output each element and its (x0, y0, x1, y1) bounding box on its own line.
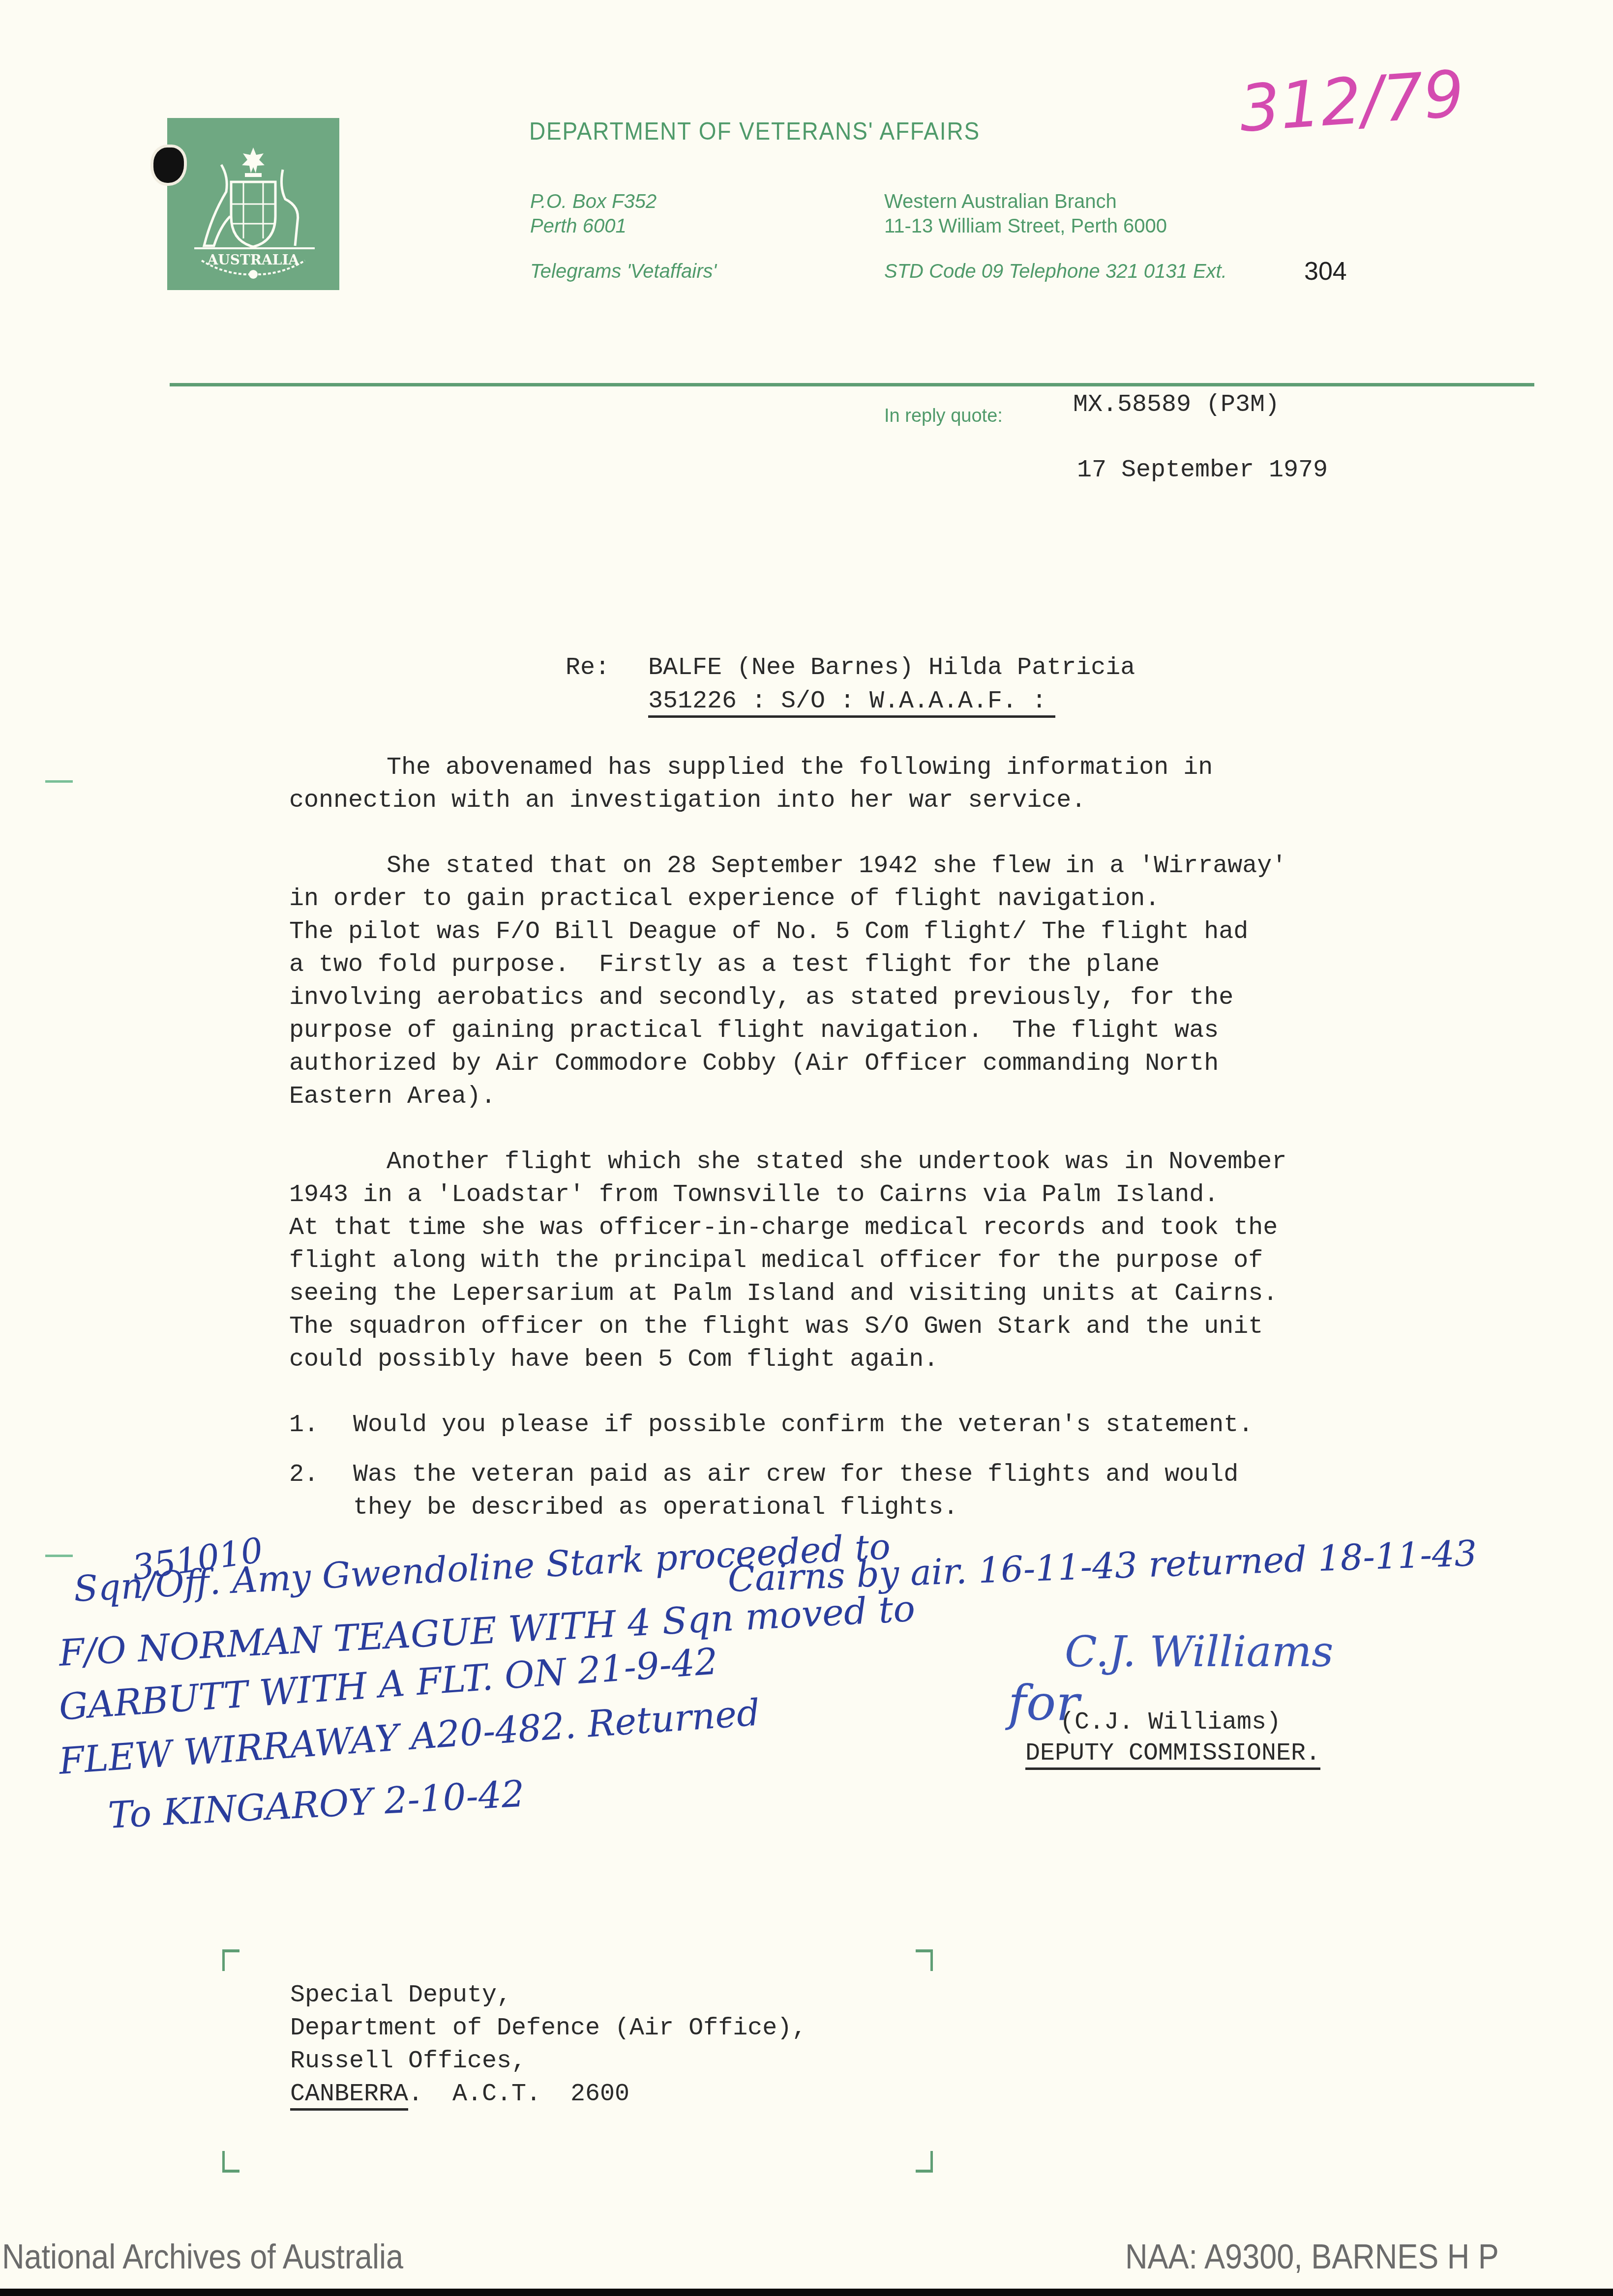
subject-service: 351226 : S/O : W.A.A.A.F. : (648, 687, 1055, 718)
department-name: DEPARTMENT OF VETERANS' AFFAIRS (529, 117, 980, 146)
reply-reference: MX.58589 (P3M) (1073, 391, 1280, 419)
svg-text:AUSTRALIA: AUSTRALIA (207, 252, 300, 268)
address-line: Russell Offices, (290, 2045, 806, 2078)
file-number-annotation: 312/79 (1237, 56, 1466, 147)
address-city: CANBERRA (290, 2080, 408, 2111)
letterhead-divider (170, 383, 1534, 386)
window-corner-mark (222, 2151, 239, 2173)
paragraph: Another flight which she stated she unde… (289, 1146, 1401, 1376)
addressee-block: Special Deputy, Department of Defence (A… (290, 1979, 806, 2111)
scan-edge (0, 2289, 1613, 2296)
question-item: 2. Was the veteran paid as air crew for … (289, 1458, 1401, 1524)
telephone: STD Code 09 Telephone 321 0131 Ext. (884, 261, 1227, 283)
signatory-title: DEPUTY COMMISSIONER. (1025, 1739, 1320, 1770)
branch-name: Western Australian Branch (884, 191, 1117, 213)
window-corner-mark (222, 1949, 239, 1971)
signature: C.J. Williams (1065, 1627, 1333, 1677)
reply-quote-label: In reply quote: (884, 406, 1003, 427)
po-city: Perth 6001 (530, 215, 627, 237)
phone-extension: 304 (1304, 257, 1347, 286)
archive-source: National Archives of Australia (2, 2237, 403, 2276)
address-line: CANBERRA. A.C.T. 2600 (290, 2078, 806, 2111)
coat-of-arms-icon: AUSTRALIA (167, 118, 339, 290)
subject-name: BALFE (Nee Barnes) Hilda Patricia (648, 654, 1135, 682)
paragraph: She stated that on 28 September 1942 she… (289, 850, 1401, 1113)
australian-coat-of-arms-icon: AUSTRALIA (167, 118, 339, 290)
punch-hole (153, 147, 184, 183)
signatory-name: (C.J. Williams) (1060, 1708, 1281, 1737)
letter-date: 17 September 1979 (1077, 456, 1328, 484)
window-corner-mark (916, 1949, 933, 1971)
po-box: P.O. Box F352 (530, 191, 657, 213)
telegram-address: Telegrams 'Vetaffairs' (530, 261, 717, 283)
window-corner-mark (916, 2151, 933, 2173)
address-line: Special Deputy, (290, 1979, 806, 2012)
margin-mark (45, 1555, 73, 1557)
address-line: Department of Defence (Air Office), (290, 2012, 806, 2045)
archive-reference: NAA: A9300, BARNES H P (1125, 2237, 1499, 2276)
street-address: 11-13 William Street, Perth 6000 (884, 215, 1167, 237)
letter-body: The abovenamed has supplied the followin… (289, 751, 1401, 1541)
subject-label: Re: (566, 654, 610, 682)
paragraph: The abovenamed has supplied the followin… (289, 751, 1401, 817)
handwritten-note: To KINGAROY 2-10-42 (107, 1773, 526, 1837)
question-item: 1. Would you please if possible confirm … (289, 1409, 1401, 1442)
margin-mark (45, 780, 73, 783)
